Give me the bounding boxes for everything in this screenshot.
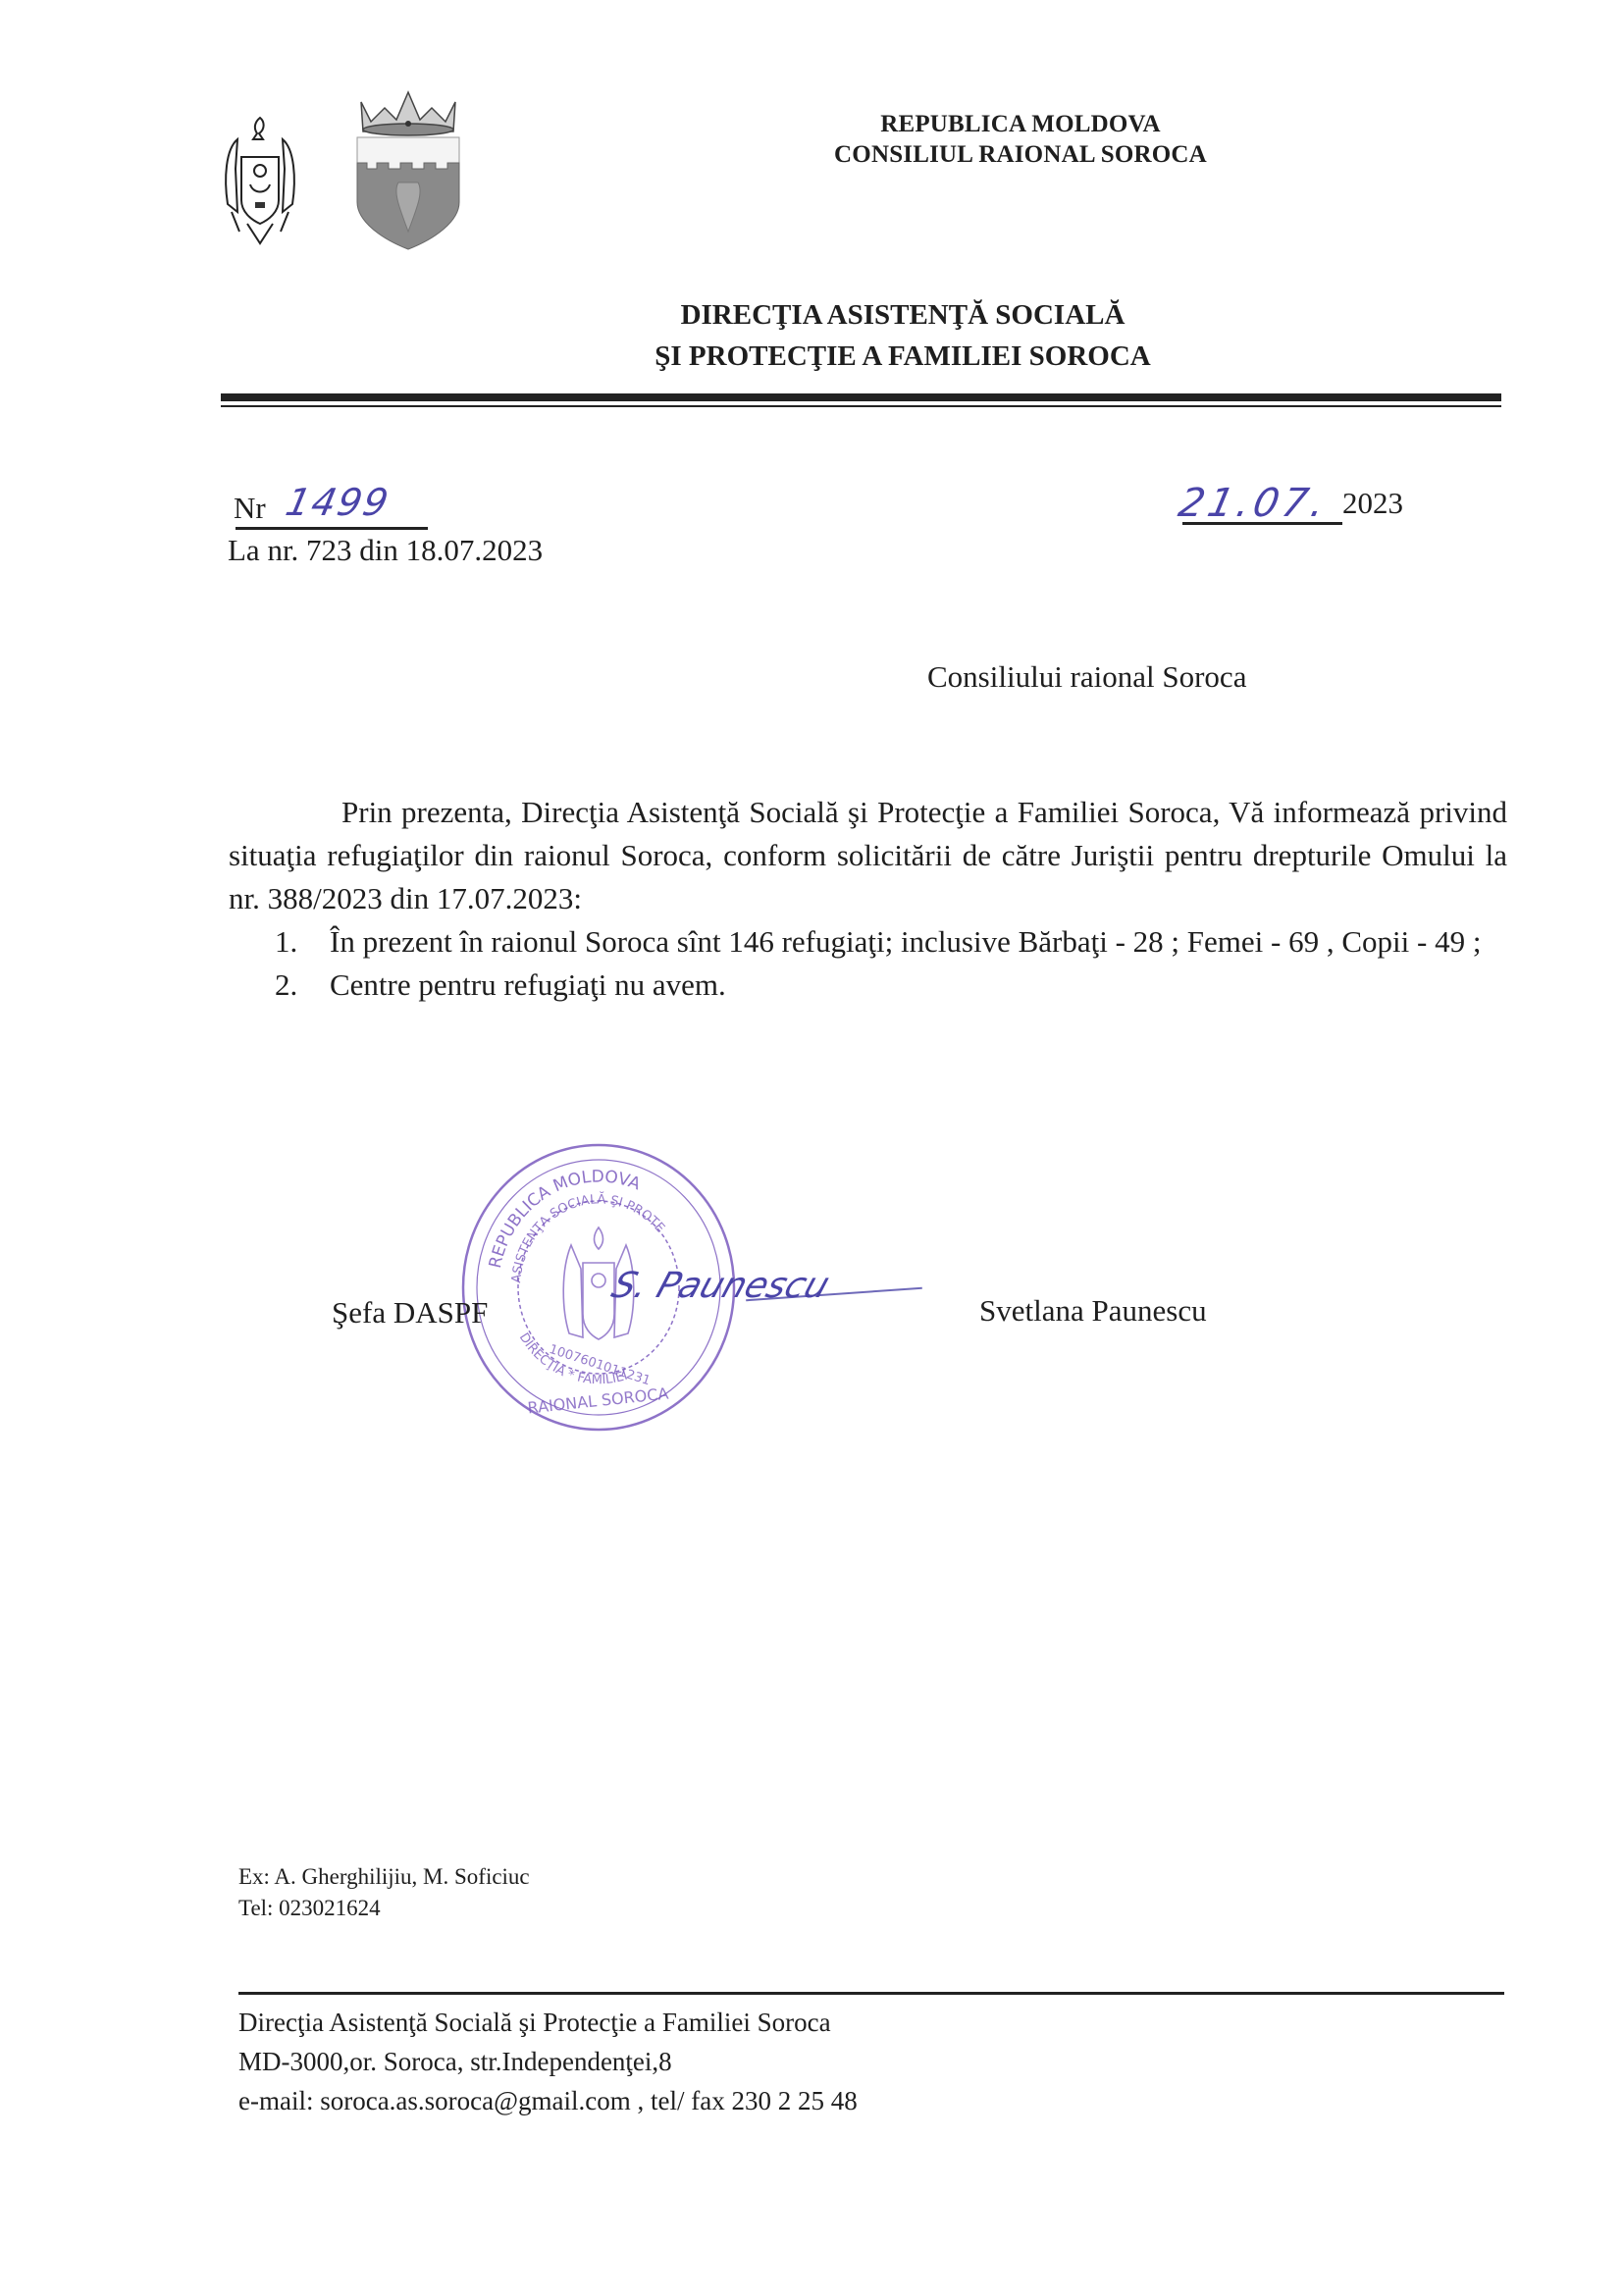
footer-divider: [238, 1992, 1504, 1995]
body-paragraph: Prin prezenta, Direcţia Asistenţă Social…: [229, 791, 1507, 920]
list-item-number: 1.: [275, 920, 297, 964]
signatory-title: Şefa DASPF: [332, 1295, 488, 1331]
moldova-coat-of-arms-icon: [218, 110, 302, 247]
header-divider-thin: [221, 405, 1501, 407]
addressee: Consiliului raional Soroca: [927, 659, 1246, 695]
list-item-number: 2.: [275, 964, 297, 1007]
soroca-coat-of-arms-icon: [349, 84, 467, 251]
reply-reference: La nr. 723 din 18.07.2023: [228, 533, 543, 568]
department-heading-line1: DIRECŢIA ASISTENŢĂ SOCIALĂ: [608, 299, 1197, 332]
executor-phone: Tel: 023021624: [238, 1896, 381, 1921]
nr-underline: [236, 527, 428, 530]
nr-handwritten-value: 1499: [282, 481, 393, 524]
body-paragraph-text: Prin prezenta, Direcţia Asistenţă Social…: [229, 795, 1507, 915]
footer-contact: e-mail: soroca.as.soroca@gmail.com , tel…: [238, 2086, 858, 2116]
svg-text:RAIONAL SOROCA: RAIONAL SOROCA: [527, 1384, 669, 1418]
date-underline: [1182, 522, 1342, 525]
svg-text:REPUBLICA MOLDOVA: REPUBLICA MOLDOVA: [486, 1167, 644, 1270]
signatory-name: Svetlana Paunescu: [979, 1293, 1207, 1329]
department-heading-line2: ŞI PROTECŢIE A FAMILIEI SOROCA: [589, 340, 1217, 373]
date-year: 2023: [1342, 486, 1403, 521]
list-item-text: Centre pentru refugiaţi nu avem.: [330, 967, 726, 1002]
list-item: 1.În prezent în raionul Soroca sînt 146 …: [275, 920, 1507, 964]
body-list: 1.În prezent în raionul Soroca sînt 146 …: [275, 920, 1507, 1007]
handwritten-signature: S. Paunescu: [606, 1266, 834, 1306]
list-item: 2.Centre pentru refugiaţi nu avem.: [275, 964, 1507, 1007]
nr-label: Nr: [234, 491, 266, 526]
footer-address: MD-3000,or. Soroca, str.Independenţei,8: [238, 2047, 672, 2077]
council-heading: CONSILIUL RAIONAL SOROCA: [765, 141, 1276, 169]
footer-organization: Direcţia Asistenţă Socială şi Protecţie …: [238, 2008, 831, 2038]
country-heading: REPUBLICA MOLDOVA: [795, 111, 1246, 138]
date-handwritten: 21.07.: [1175, 481, 1333, 526]
executor-names: Ex: A. Gherghilijiu, M. Soficiuc: [238, 1864, 530, 1890]
stamp-outer-text: REPUBLICA MOLDOVA: [486, 1167, 644, 1270]
list-item-text: În prezent în raionul Soroca sînt 146 re…: [330, 924, 1481, 959]
header-divider-thick: [221, 393, 1501, 401]
